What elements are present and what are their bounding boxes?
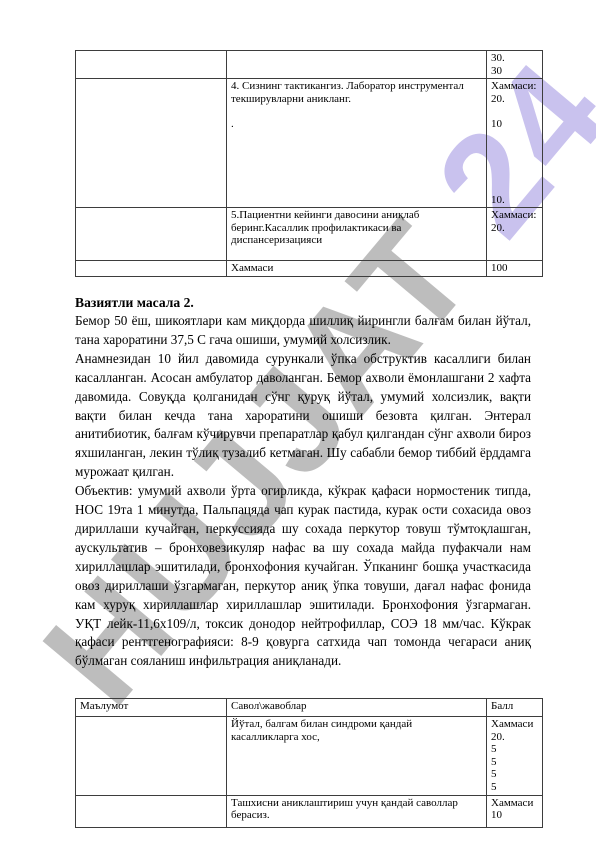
score-cell: Хаммаси: 20. 10 10.	[487, 79, 543, 208]
header-score: Балл	[487, 699, 543, 717]
case-paragraph-anamnesis: Анамнезидан 10 йил давомида сурункали ўп…	[75, 350, 531, 482]
info-cell	[76, 261, 227, 277]
table-header-row: Маълумот Савол\жавоблар Балл	[76, 699, 543, 717]
table-row: 5.Пациентни кейинги давосини аниқлаб бер…	[76, 208, 543, 261]
table-row: Йўтал, балгам билан синдроми қандай каса…	[76, 717, 543, 796]
info-cell	[76, 717, 227, 796]
score-cell: Хаммаси 20. 5 5 5 5	[487, 717, 543, 796]
score-cell: Хаммаси 10	[487, 795, 543, 827]
case-block: Вазиятли масала 2. Бемор 50 ёш, шикоятла…	[75, 293, 531, 671]
header-info: Маълумот	[76, 699, 227, 717]
score-cell: 30. 30	[487, 51, 543, 79]
question-cell: Йўтал, балгам билан синдроми қандай каса…	[227, 717, 487, 796]
table-row: 30. 30	[76, 51, 543, 79]
case-paragraph-complaints: Бемор 50 ёш, шикоятлари кам миқдорда шил…	[75, 312, 531, 350]
question-cell: 5.Пациентни кейинги давосини аниқлаб бер…	[227, 208, 487, 261]
question-cell	[227, 51, 487, 79]
document-page: HUJJAT 24 30. 30 4. Сизнинг тактикангиз.…	[0, 0, 596, 842]
total-score-cell: 100	[487, 261, 543, 277]
info-cell	[76, 795, 227, 827]
info-cell	[76, 208, 227, 261]
top-score-table: 30. 30 4. Сизнинг тактикангиз. Лаборатор…	[75, 50, 543, 277]
table-row: 4. Сизнинг тактикангиз. Лаборатор инстру…	[76, 79, 543, 208]
info-cell	[76, 79, 227, 208]
question-cell: 4. Сизнинг тактикангиз. Лаборатор инстру…	[227, 79, 487, 208]
case-paragraph-objective: Объектив: умумий ахволи ўрта огирликда, …	[75, 482, 531, 671]
score-cell: Хаммаси: 20.	[487, 208, 543, 261]
header-question: Савол\жавоблар	[227, 699, 487, 717]
total-label-cell: Хаммаси	[227, 261, 487, 277]
table-row: Хаммаси 100	[76, 261, 543, 277]
bottom-score-table: Маълумот Савол\жавоблар Балл Йўтал, балг…	[75, 698, 543, 828]
question-cell: Ташхисни аниклаштириш учун қандай саволл…	[227, 795, 487, 827]
table-row: Ташхисни аниклаштириш учун қандай саволл…	[76, 795, 543, 827]
info-cell	[76, 51, 227, 79]
case-title: Вазиятли масала 2.	[75, 293, 531, 312]
